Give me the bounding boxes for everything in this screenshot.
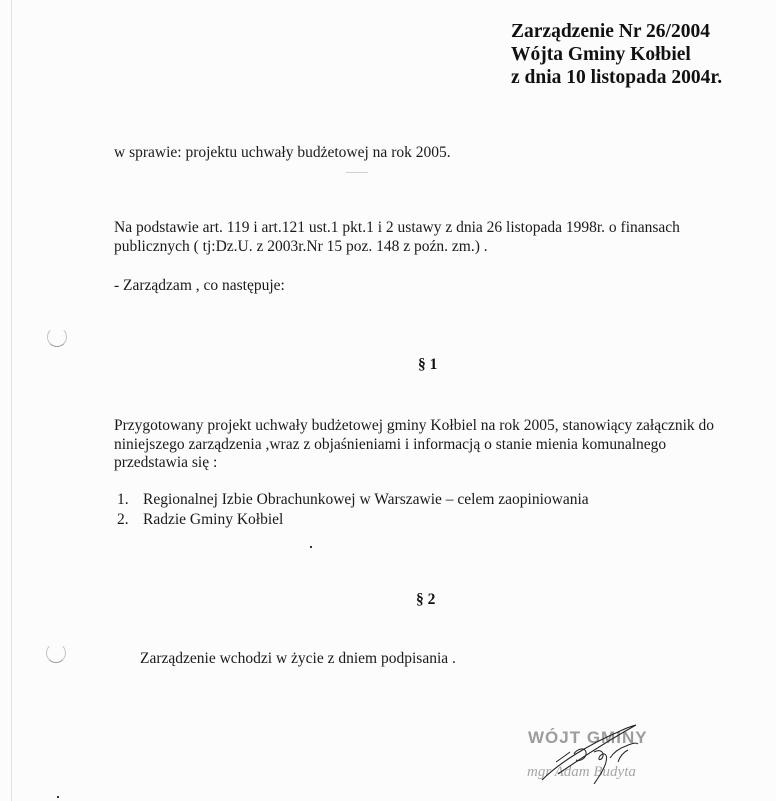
list-item: 2. Radzie Gminy Kołbiel <box>117 510 589 530</box>
order-intro: - Zarządzam , co następuje: <box>114 276 285 295</box>
document-subject: w sprawie: projektu uchwały budżetowej n… <box>114 143 451 162</box>
scan-speck <box>57 796 59 798</box>
list-item-number: 1. <box>117 490 143 510</box>
scan-speck <box>310 546 312 548</box>
recipients-list: 1. Regionalnej Izbie Obrachunkowej w War… <box>117 490 589 530</box>
page-scan-edge <box>11 0 12 801</box>
legal-basis-line-1: Na podstawie art. 119 i art.121 ust.1 pk… <box>114 219 680 238</box>
list-item-number: 2. <box>117 510 143 530</box>
section-1-line-3: przedstawia się : <box>114 454 714 473</box>
list-item: 1. Regionalnej Izbie Obrachunkowej w War… <box>117 490 589 510</box>
legal-basis: Na podstawie art. 119 i art.121 ust.1 pk… <box>114 219 680 256</box>
header-date: z dnia 10 listopada 2004r. <box>511 66 722 89</box>
punch-hole-top <box>47 327 67 347</box>
section-1-text: Przygotowany projekt uchwały budżetowej … <box>114 417 714 473</box>
section-1-mark: § 1 <box>418 355 437 374</box>
list-item-text: Radzie Gminy Kołbiel <box>143 510 283 530</box>
section-1-line-1: Przygotowany projekt uchwały budżetowej … <box>114 417 714 436</box>
legal-basis-line-2: publicznych ( tj:Dz.U. z 2003r.Nr 15 poz… <box>114 238 680 257</box>
section-2-text: Zarządzenie wchodzi w życie z dniem podp… <box>140 649 456 668</box>
section-2-mark: § 2 <box>416 590 435 609</box>
scan-smudge <box>346 172 368 173</box>
list-item-text: Regionalnej Izbie Obrachunkowej w Warsza… <box>143 490 589 510</box>
header-ordinance-number: Zarządzenie Nr 26/2004 <box>511 20 722 43</box>
punch-hole-bottom <box>46 643 66 663</box>
header-issuer: Wójta Gminy Kołbiel <box>511 43 722 66</box>
document-header: Zarządzenie Nr 26/2004 Wójta Gminy Kołbi… <box>511 20 722 89</box>
section-1-line-2: niniejszego zarządzenia ,wraz z objaśnie… <box>114 436 714 455</box>
handwritten-signature-icon <box>540 722 670 792</box>
